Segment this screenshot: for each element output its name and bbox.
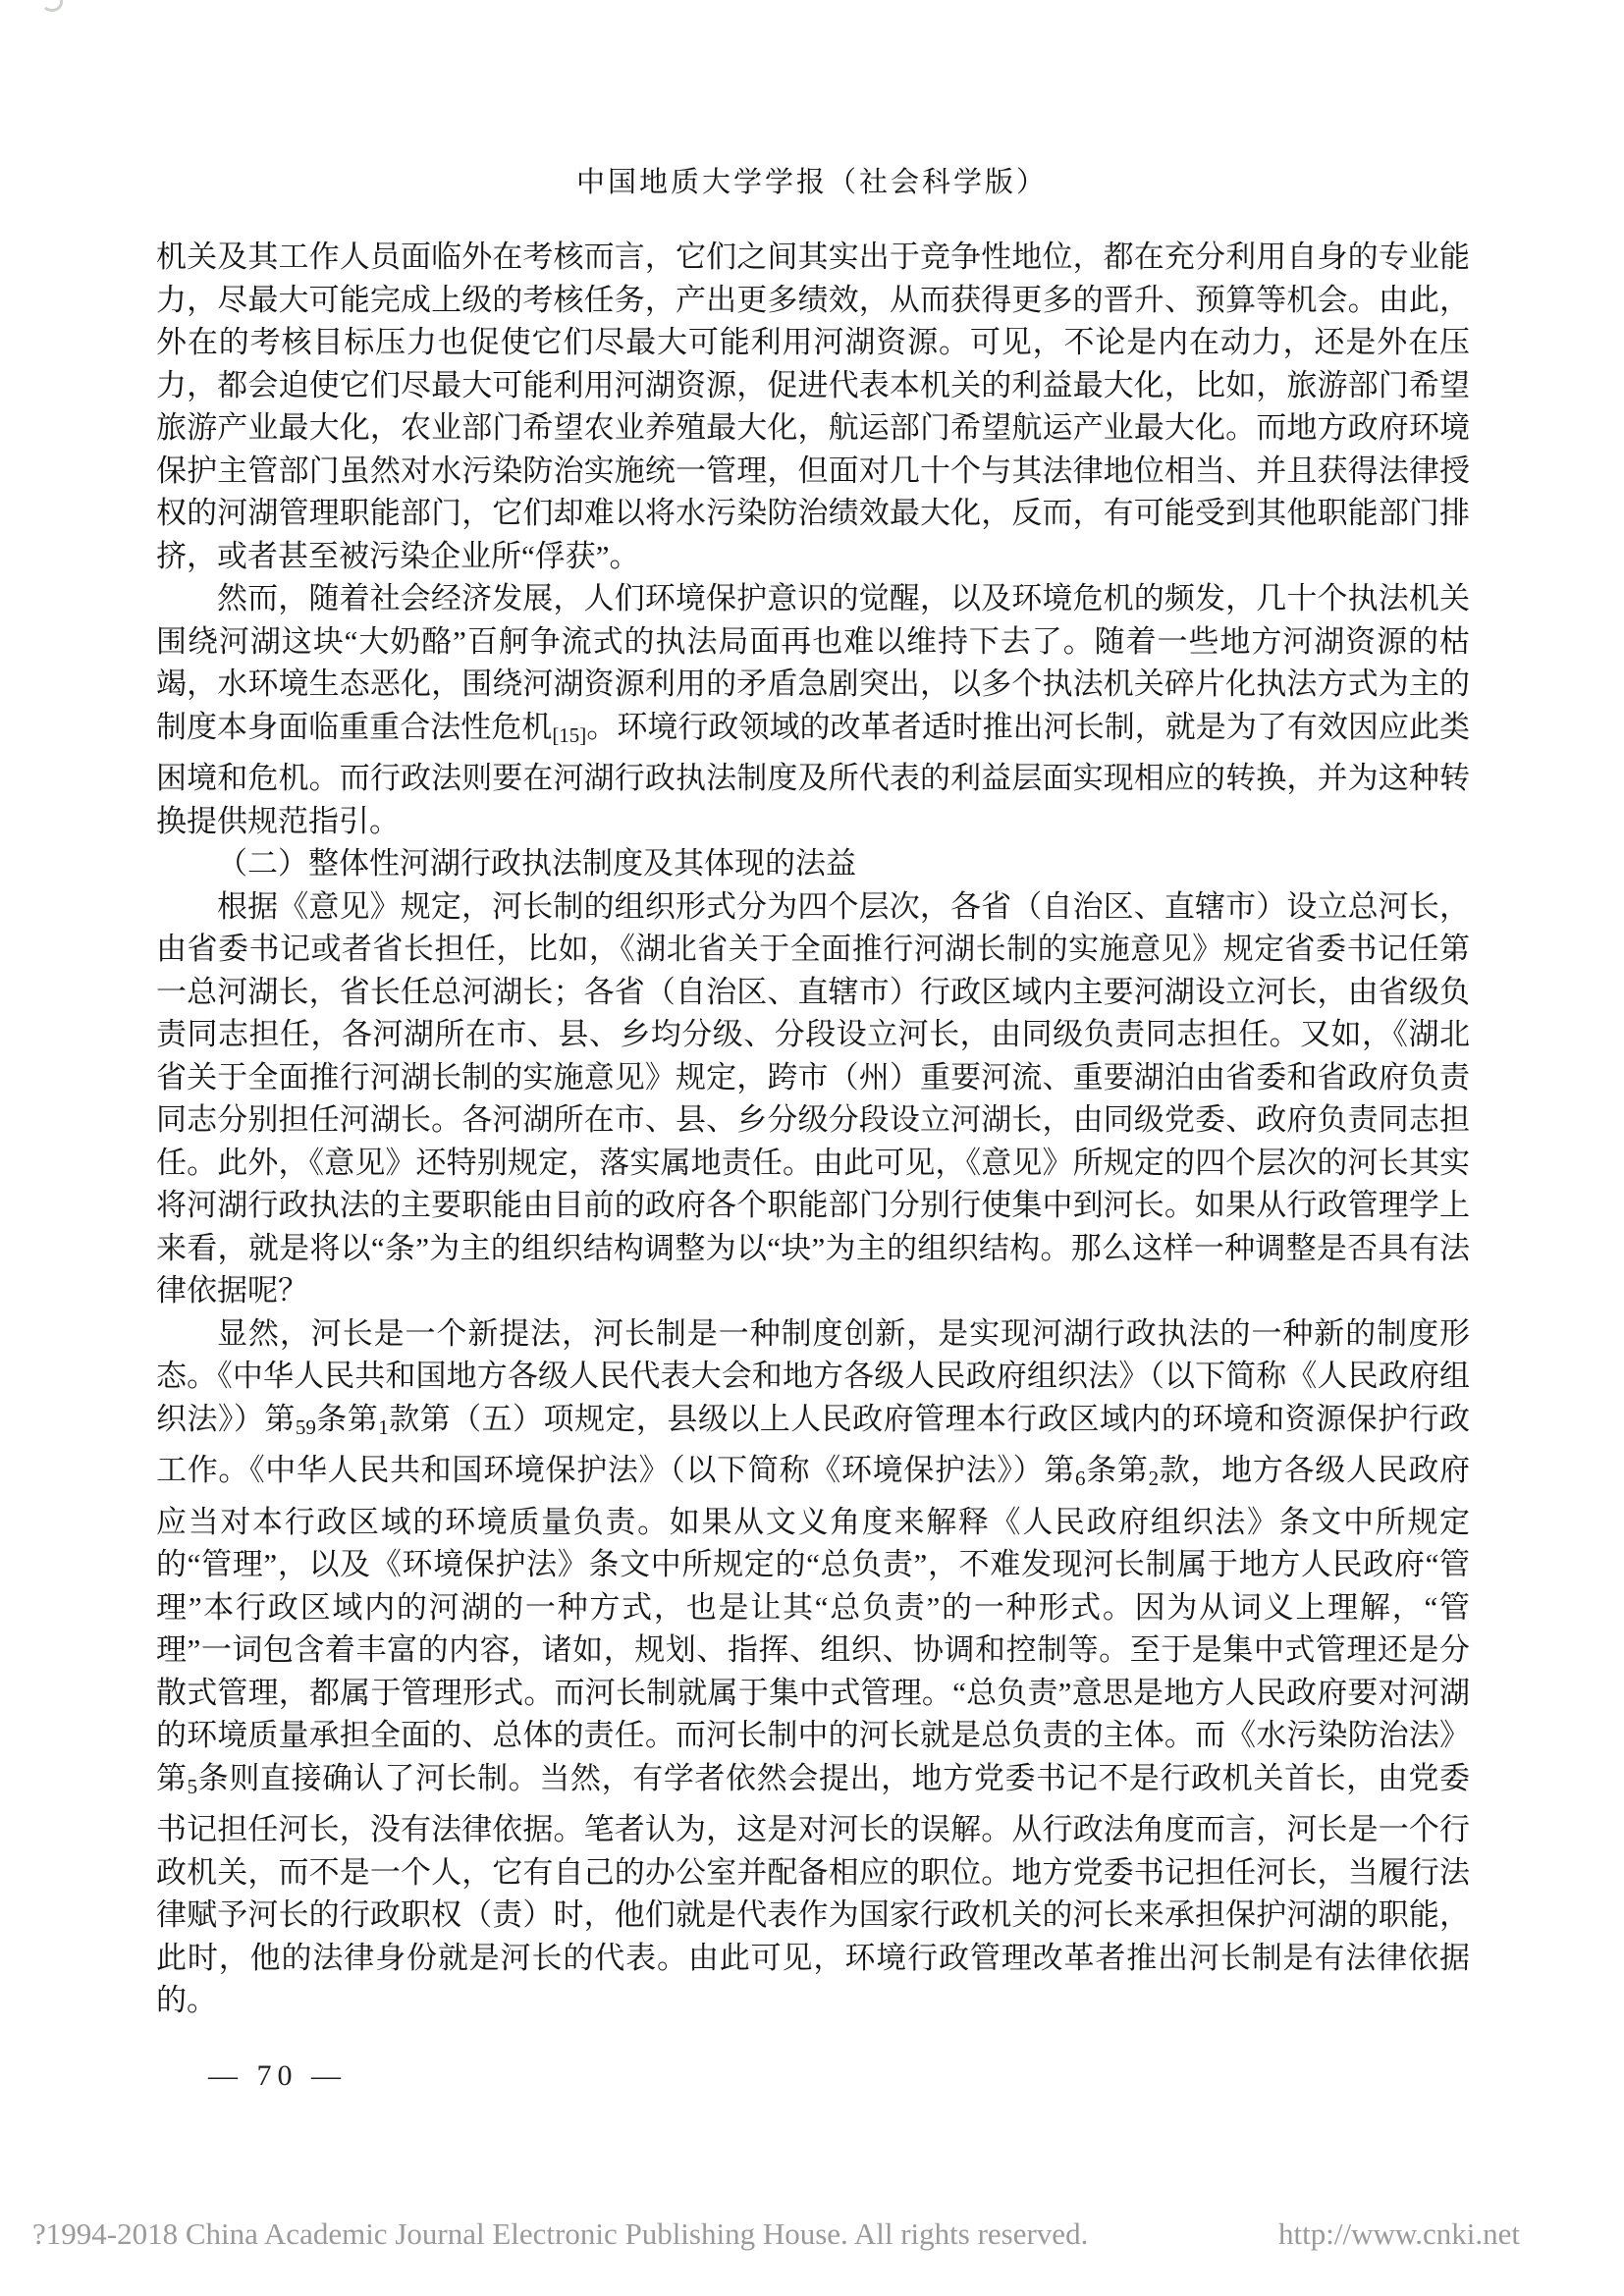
- paragraph-text: 条第: [316, 1402, 378, 1436]
- journal-page: { "page": { "header": "中国地质大学学报（社会科学版）",…: [0, 0, 1624, 2296]
- footer-url: http://www.cnki.net: [1278, 2216, 1520, 2252]
- page-footer: ?1994-2018 China Academic Journal Electr…: [32, 2216, 1520, 2252]
- paragraph-text: 根据《意见》规定，河长制的组织形式分为四个层次，各省（自治区、直辖市）设立总河长…: [156, 889, 1470, 1308]
- paragraph-text: 条则直接确认了河长制。当然，有学者依然会提出，地方党委书记不是行政机关首长，由党…: [156, 1761, 1470, 2018]
- paragraph-text: （二）整体性河湖行政执法制度及其体现的法益: [217, 846, 856, 881]
- paragraph-text: 款，地方各级人民政府应当对本行政区域的环境质量负责。如果从文义角度来解释《人民政…: [156, 1453, 1470, 1795]
- paragraph: 然而，随着社会经济发展，人们环境保护意识的觉醒，以及环境危机的频发，几十个执法机…: [156, 577, 1470, 842]
- paragraph-text: 条第: [1086, 1453, 1149, 1487]
- inline-reference-number: 1: [378, 1415, 389, 1439]
- page-number: — 70 —: [208, 2059, 347, 2093]
- inline-reference-number: 2: [1149, 1467, 1160, 1490]
- footer-copyright-text: ?1994-2018 China Academic Journal Electr…: [32, 2216, 1088, 2252]
- journal-title-header: 中国地质大学学报（社会科学版）: [0, 160, 1624, 200]
- inline-reference-number: [15]: [552, 723, 586, 747]
- paragraph: 显然，河长是一个新提法，河长制是一种制度创新，是实现河湖行政执法的一种新的制度形…: [156, 1312, 1470, 2022]
- article-body: 机关及其工作人员面临外在考核而言，它们之间其实出于竞争性地位，都在充分利用自身的…: [156, 236, 1470, 2022]
- paragraph-text: 机关及其工作人员面临外在考核而言，它们之间其实出于竞争性地位，都在充分利用自身的…: [156, 240, 1470, 573]
- paragraph: 根据《意见》规定，河长制的组织形式分为四个层次，各省（自治区、直辖市）设立总河长…: [156, 885, 1470, 1312]
- inline-reference-number: 5: [188, 1775, 198, 1798]
- page-corner-smudge: [41, 0, 63, 12]
- section-heading: （二）整体性河湖行政执法制度及其体现的法益: [156, 842, 1470, 885]
- inline-reference-number: 6: [1075, 1467, 1086, 1490]
- inline-reference-number: 59: [296, 1415, 316, 1439]
- paragraph: 机关及其工作人员面临外在考核而言，它们之间其实出于竞争性地位，都在充分利用自身的…: [156, 236, 1470, 577]
